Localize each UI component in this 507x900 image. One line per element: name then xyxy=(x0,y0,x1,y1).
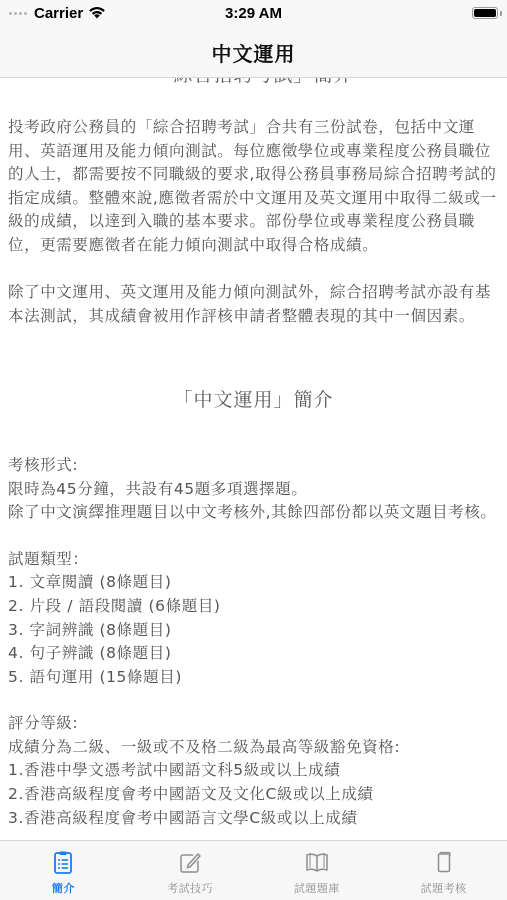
assessment-format-heading: 考核形式: xyxy=(8,454,499,478)
tab-exam-tips[interactable]: 考試技巧 xyxy=(127,841,254,900)
question-type-item: 5. 語句運用 (15條題目) xyxy=(8,666,499,690)
tab-exam-test[interactable]: 試題考核 xyxy=(380,841,507,900)
assessment-format-block: 考核形式: 限時為45分鐘，共設有45題多項選擇題。 除了中文演繹推理題目以中文… xyxy=(8,454,499,525)
grading-line: 1.香港中學文憑考試中國語文科5級或以上成績 xyxy=(8,759,499,783)
grading-heading: 評分等級: xyxy=(8,712,499,736)
question-type-item: 3. 字詞辨識 (8條題目) xyxy=(8,619,499,643)
battery-tip xyxy=(500,11,502,16)
section-title-chinese-usage: 「中文運用」簡介 xyxy=(8,389,499,413)
intro-paragraph-2: 除了中文運用、英文運用及能力傾向測試外，綜合招聘考試亦設有基本法測試，其成績會被… xyxy=(8,281,499,328)
navigation-bar: 中文運用 xyxy=(0,28,507,78)
intro-paragraph-1: 投考政府公務員的「綜合招聘考試」合共有三份試卷，包括中文運用、英語運用及能力傾向… xyxy=(8,116,499,258)
assessment-format-line: 限時為45分鐘，共設有45題多項選擇題。 xyxy=(8,478,499,502)
grading-line: 成績分為二級、一級或不及格二級為最高等級豁免資格: xyxy=(8,736,499,760)
tab-label: 考試技巧 xyxy=(167,880,213,896)
status-time: 3:29 AM xyxy=(0,5,507,22)
assessment-format-line: 除了中文演繹推理題目以中文考核外,其餘四部份都以英文題目考核。 xyxy=(8,501,499,525)
status-bar: Carrier 3:29 AM xyxy=(0,0,507,28)
question-type-item: 2. 片段 / 語段閱讀 (6條題目) xyxy=(8,595,499,619)
edit-note-icon xyxy=(177,849,203,875)
tab-label: 試題題庫 xyxy=(294,880,340,896)
tab-bar: 簡介 考試技巧 試題題庫 試題考核 xyxy=(0,840,507,900)
question-type-item: 1. 文章閱讀 (8條題目) xyxy=(8,571,499,595)
tab-question-bank[interactable]: 試題題庫 xyxy=(254,841,381,900)
open-book-icon xyxy=(304,849,330,875)
tab-label: 簡介 xyxy=(52,880,75,896)
tab-introduction[interactable]: 簡介 xyxy=(0,841,127,900)
question-type-item: 4. 句子辨識 (8條題目) xyxy=(8,642,499,666)
grading-line: 2.香港高級程度會考中國語文及文化C級或以上成績 xyxy=(8,783,499,807)
question-types-block: 試題類型： 1. 文章閱讀 (8條題目) 2. 片段 / 語段閱讀 (6條題目)… xyxy=(8,548,499,690)
grading-line: 3.香港高級程度會考中國語言文學C級或以上成績 xyxy=(8,807,499,831)
content-scroll-view[interactable]: 「綜合招聘考試」簡介 投考政府公務員的「綜合招聘考試」合共有三份試卷，包括中文運… xyxy=(0,50,507,900)
tab-label: 試題考核 xyxy=(421,880,467,896)
clipboard-list-icon xyxy=(50,849,76,875)
question-types-heading: 試題類型： xyxy=(8,548,499,572)
grading-block: 評分等級: 成績分為二級、一級或不及格二級為最高等級豁免資格: 1.香港中學文憑… xyxy=(8,712,499,830)
closed-book-icon xyxy=(431,849,457,875)
app-screen: 「綜合招聘考試」簡介 投考政府公務員的「綜合招聘考試」合共有三份試卷，包括中文運… xyxy=(0,0,507,900)
page-title: 中文運用 xyxy=(212,38,296,67)
battery-icon xyxy=(472,7,498,19)
